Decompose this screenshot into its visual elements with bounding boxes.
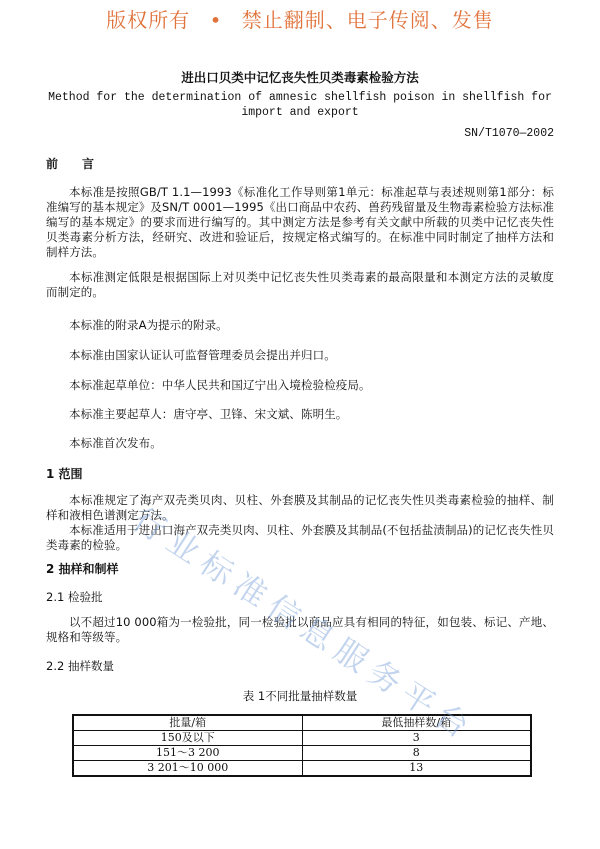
table-cell: 3 bbox=[302, 731, 531, 746]
section-2-1-paragraph: 以不超过10 000箱为一检验批，同一检验批以商品应具有相同的特征，如包装、标记… bbox=[46, 615, 554, 645]
standard-number: SN/T1070—2002 bbox=[464, 127, 554, 140]
banner-left: 版权所有 bbox=[106, 8, 190, 32]
banner-right: 禁止翻制、电子传阅、发售 bbox=[242, 8, 494, 32]
column-header-min-samples: 最低抽样数/箱 bbox=[302, 715, 531, 731]
table-row: 151～3 200 8 bbox=[73, 746, 531, 761]
banner-separator: • bbox=[210, 8, 223, 32]
table-header-row: 批量/箱 最低抽样数/箱 bbox=[73, 715, 531, 731]
table-caption: 表 1不同批量抽样数量 bbox=[0, 688, 600, 704]
table-row: 150及以下 3 bbox=[73, 731, 531, 746]
table-cell: 151～3 200 bbox=[73, 746, 302, 761]
foreword-paragraph: 本标准由国家认证认可监督管理委员会提出并归口。 bbox=[46, 348, 554, 363]
foreword-heading: 前 言 bbox=[46, 155, 94, 172]
section-2-2-heading: 2.2 抽样数量 bbox=[46, 658, 114, 674]
section-1-heading: 1 范围 bbox=[46, 465, 83, 482]
foreword-paragraph: 本标准测定低限是根据国际上对贝类中记忆丧失性贝类毒素的最高限量和本测定方法的灵敏… bbox=[46, 270, 554, 300]
copyright-banner: 版权所有 • 禁止翻制、电子传阅、发售 bbox=[0, 4, 600, 33]
foreword-paragraph: 本标准的附录A为提示的附录。 bbox=[46, 318, 554, 333]
section-2-heading: 2 抽样和制样 bbox=[46, 560, 119, 577]
document-title-en: Method for the determination of amnesic … bbox=[30, 90, 570, 120]
section-1-paragraph: 本标准适用于进出口海产双壳类贝肉、贝柱、外套膜及其制品(不包括盐渍制品)的记忆丧… bbox=[46, 523, 554, 553]
section-1-paragraph: 本标准规定了海产双壳类贝肉、贝柱、外套膜及其制品的记忆丧失性贝类毒素检验的抽样、… bbox=[46, 493, 554, 523]
table-cell: 150及以下 bbox=[73, 731, 302, 746]
table-cell: 8 bbox=[302, 746, 531, 761]
column-header-batch: 批量/箱 bbox=[73, 715, 302, 731]
table-row: 3 201～10 000 13 bbox=[73, 761, 531, 777]
table-cell: 13 bbox=[302, 761, 531, 777]
document-title-cn: 进出口贝类中记忆丧失性贝类毒素检验方法 bbox=[0, 68, 600, 86]
foreword-paragraph: 本标准主要起草人：唐守亭、卫锋、宋文斌、陈明生。 bbox=[46, 407, 554, 422]
sampling-table: 批量/箱 最低抽样数/箱 150及以下 3 151～3 200 8 3 201～… bbox=[72, 714, 532, 777]
table-cell: 3 201～10 000 bbox=[73, 761, 302, 777]
foreword-paragraph: 本标准首次发布。 bbox=[46, 436, 554, 451]
section-2-1-heading: 2.1 检验批 bbox=[46, 589, 102, 605]
foreword-paragraph: 本标准起草单位：中华人民共和国辽宁出入境检验检疫局。 bbox=[46, 378, 554, 393]
foreword-paragraph: 本标准是按照GB/T 1.1—1993《标准化工作导则第1单元：标准起草与表述规… bbox=[46, 185, 554, 260]
